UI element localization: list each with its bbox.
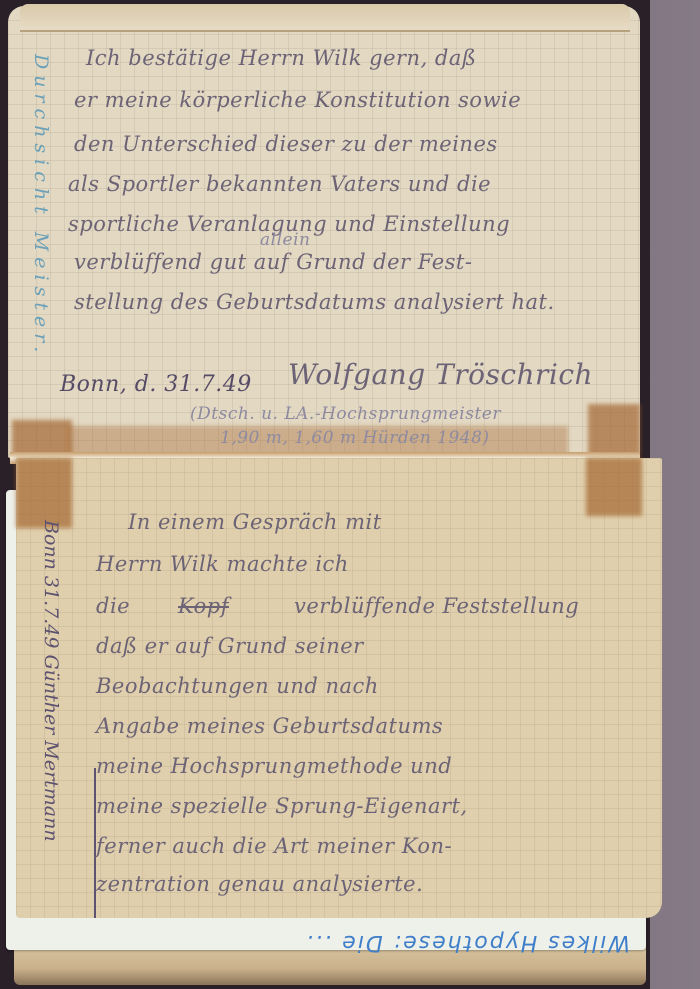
upper-place-date: Bonn, d. 31.7.49 (60, 372, 252, 397)
upper-signature-note-2: 1,90 m, 1,60 m Hürden 1948) (220, 428, 490, 448)
upper-line-1: Ich bestätige Herrn Wilk gern, daß (86, 46, 476, 70)
lower-line-4: verblüffende Feststellung (294, 594, 579, 618)
upper-insertion: allein (260, 230, 310, 250)
upper-line-4: als Sportler bekannten Vaters und die (68, 172, 491, 196)
stain-lower-right (586, 458, 642, 516)
lower-line-10: ferner auch die Art meiner Kon- (96, 834, 452, 858)
lower-margin-note: Bonn 31.7.49 Günther Mertmann (40, 520, 62, 842)
lower-line-11: zentration genau analysierte. (96, 872, 423, 896)
upper-signature-note-1: (Dtsch. u. LA.-Hochsprungmeister (190, 404, 501, 424)
slip-upside-down-text: Wilkes Hypothese: Die ... (90, 915, 630, 955)
lower-line-8: meine Hochsprungmethode und (96, 754, 452, 778)
lower-line-1: In einem Gespräch mit (128, 510, 382, 534)
lower-line-9: meine spezielle Sprung-Eigenart, (96, 794, 468, 818)
upper-line-6: verblüffend gut auf Grund der Fest- (74, 250, 472, 274)
upper-line-3: den Unterschied dieser zu der meines (74, 132, 498, 156)
upper-signature: Wolfgang Tröschrich (288, 358, 593, 391)
lower-struck-word: Kopf (178, 594, 229, 618)
lower-line-6: Beobachtungen und nach (96, 674, 379, 698)
upper-page: Durchsicht Meister. Ich bestätige Herrn … (8, 6, 640, 458)
stain-lower-left (16, 458, 72, 528)
lower-line-5: daß er auf Grund seiner (96, 634, 364, 658)
lower-page: Bonn 31.7.49 Günther Mertmann In einem G… (16, 458, 662, 918)
upper-page-top-edge (20, 4, 630, 32)
lower-line-2: Herrn Wilk machte ich (96, 552, 349, 576)
upper-margin-note: Durchsicht Meister. (30, 54, 52, 358)
upper-line-2: er meine körperliche Konstitution sowie (74, 88, 521, 112)
upper-line-7: stellung des Geburtsdatums analysiert ha… (74, 290, 555, 314)
lower-line-7: Angabe meines Geburtsdatums (96, 714, 443, 738)
stain-right (588, 404, 640, 456)
lower-line-3: die (96, 594, 130, 618)
